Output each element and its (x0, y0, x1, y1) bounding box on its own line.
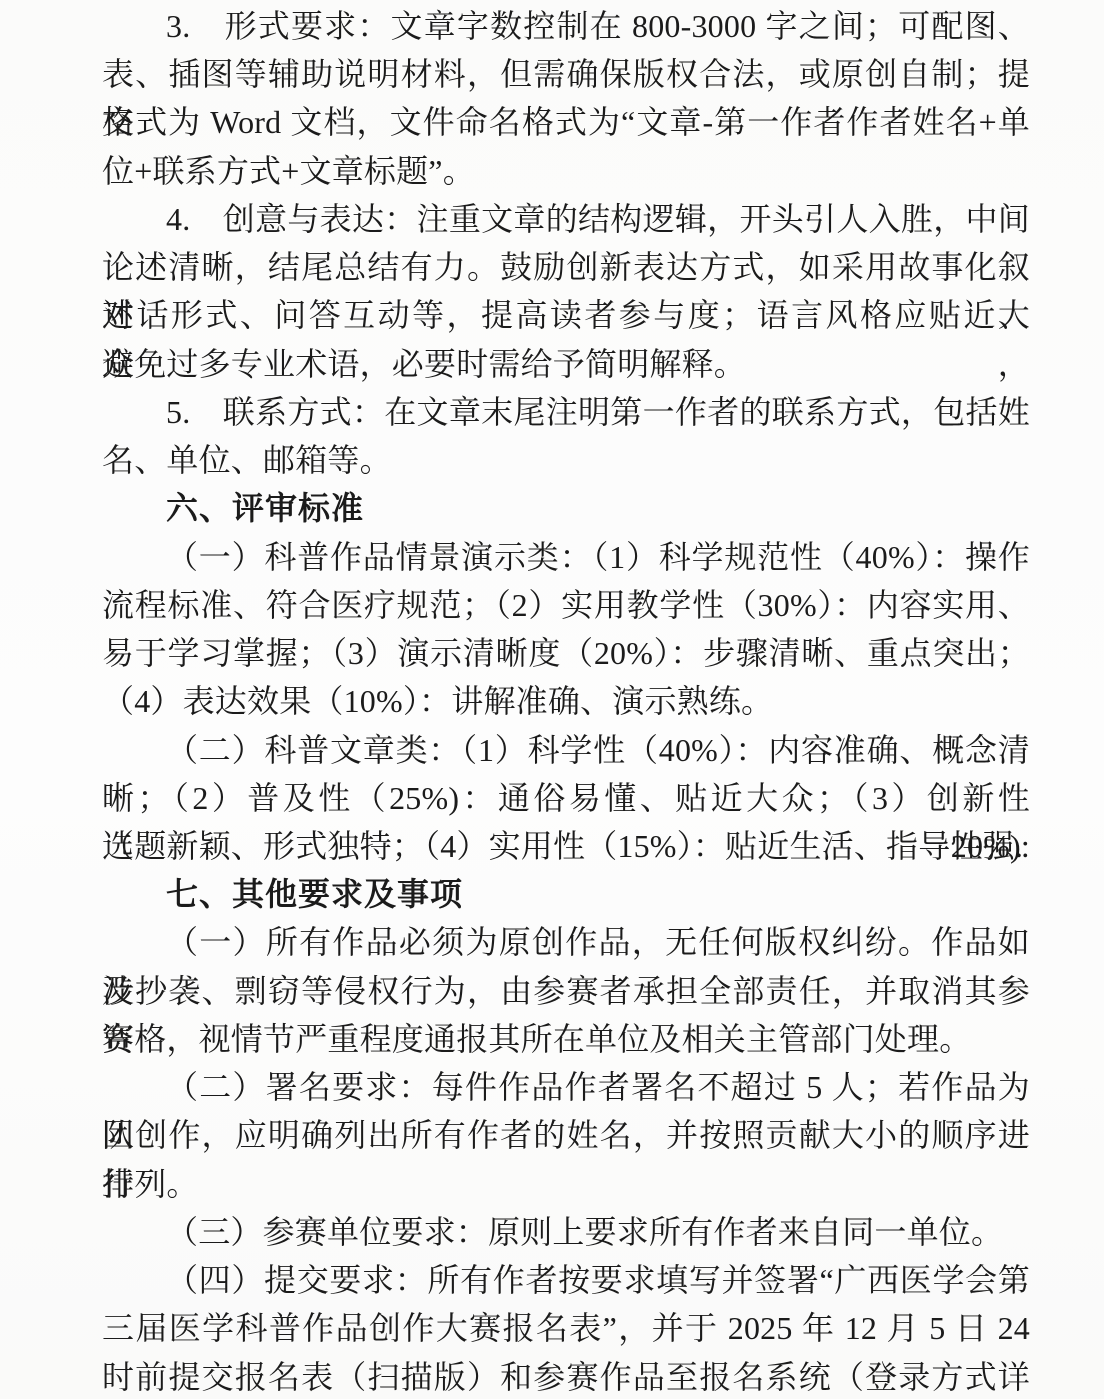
text-line: 选题新颖、形式独特；（4）实用性（15%）：贴近生活、指导性强. (102, 822, 1030, 870)
text-line: 论述清晰，结尾总结有力。鼓励创新表达方式，如采用故事化叙述、 (102, 243, 1030, 291)
text-line: 流程标准、符合医疗规范；（2）实用教学性（30%）：内容实用、 (102, 581, 1030, 629)
text-line: 排列。 (102, 1160, 1030, 1208)
text-line: 资格，视情节严重程度通报其所在单位及相关主管部门处理。 (102, 1015, 1030, 1063)
text-line: （一）科普作品情景演示类：（1）科学规范性（40%）：操作 (102, 533, 1030, 581)
text-line: 对话形式、问答互动等，提高读者参与度；语言风格应贴近大众， (102, 291, 1030, 339)
text-line: 易于学习掌握；（3）演示清晰度（20%）：步骤清晰、重点突出； (102, 629, 1030, 677)
text-line: 三届医学科普作品创作大赛报名表”，并于 2025 年 12 月 5 日 24 (102, 1304, 1030, 1352)
text-line: 队创作，应明确列出所有作者的姓名，并按照贡献大小的顺序进行 (102, 1111, 1030, 1159)
text-line: 3. 形式要求：文章字数控制在 800-3000 字之间；可配图、 (102, 2, 1030, 50)
text-line: （二）科普文章类：（1）科学性（40%）：内容准确、概念清 (102, 726, 1030, 774)
text-line: （4）表达效果（10%）：讲解准确、演示熟练。 (102, 677, 1030, 725)
text-line: 格式为 Word 文档，文件命名格式为“文章-第一作者作者姓名+单 (102, 98, 1030, 146)
text-line: （三）参赛单位要求：原则上要求所有作者来自同一单位。 (102, 1208, 1030, 1256)
document-page: 3. 形式要求：文章字数控制在 800-3000 字之间；可配图、 表、插图等辅… (0, 0, 1104, 1399)
text-line: （二）署名要求：每件作品作者署名不超过 5 人；若作品为团 (102, 1063, 1030, 1111)
text-line: 位+联系方式+文章标题”。 (102, 147, 1030, 195)
text-line: 晰；（2）普及性（25%)：通俗易懂、贴近大众；（3）创新性（20%): (102, 774, 1030, 822)
text-line: 5. 联系方式：在文章末尾注明第一作者的联系方式，包括姓 (102, 388, 1030, 436)
section-heading: 七、其他要求及事项 (102, 870, 1030, 918)
text-line: 名、单位、邮箱等。 (102, 436, 1030, 484)
text-line: 及抄袭、剽窃等侵权行为，由参赛者承担全部责任，并取消其参赛 (102, 967, 1030, 1015)
text-line: 4. 创意与表达：注重文章的结构逻辑，开头引人入胜，中间 (102, 195, 1030, 243)
section-heading: 六、评审标准 (102, 484, 1030, 532)
text-line: （一）所有作品必须为原创作品，无任何版权纠纷。作品如涉 (102, 918, 1030, 966)
text-line: 表、插图等辅助说明材料，但需确保版权合法，或原创自制；提交 (102, 50, 1030, 98)
text-line: （四）提交要求：所有作者按要求填写并签署“广西医学会第 (102, 1256, 1030, 1304)
text-line: 时前提交报名表（扫描版）和参赛作品至报名系统（登录方式详见 (102, 1353, 1030, 1399)
